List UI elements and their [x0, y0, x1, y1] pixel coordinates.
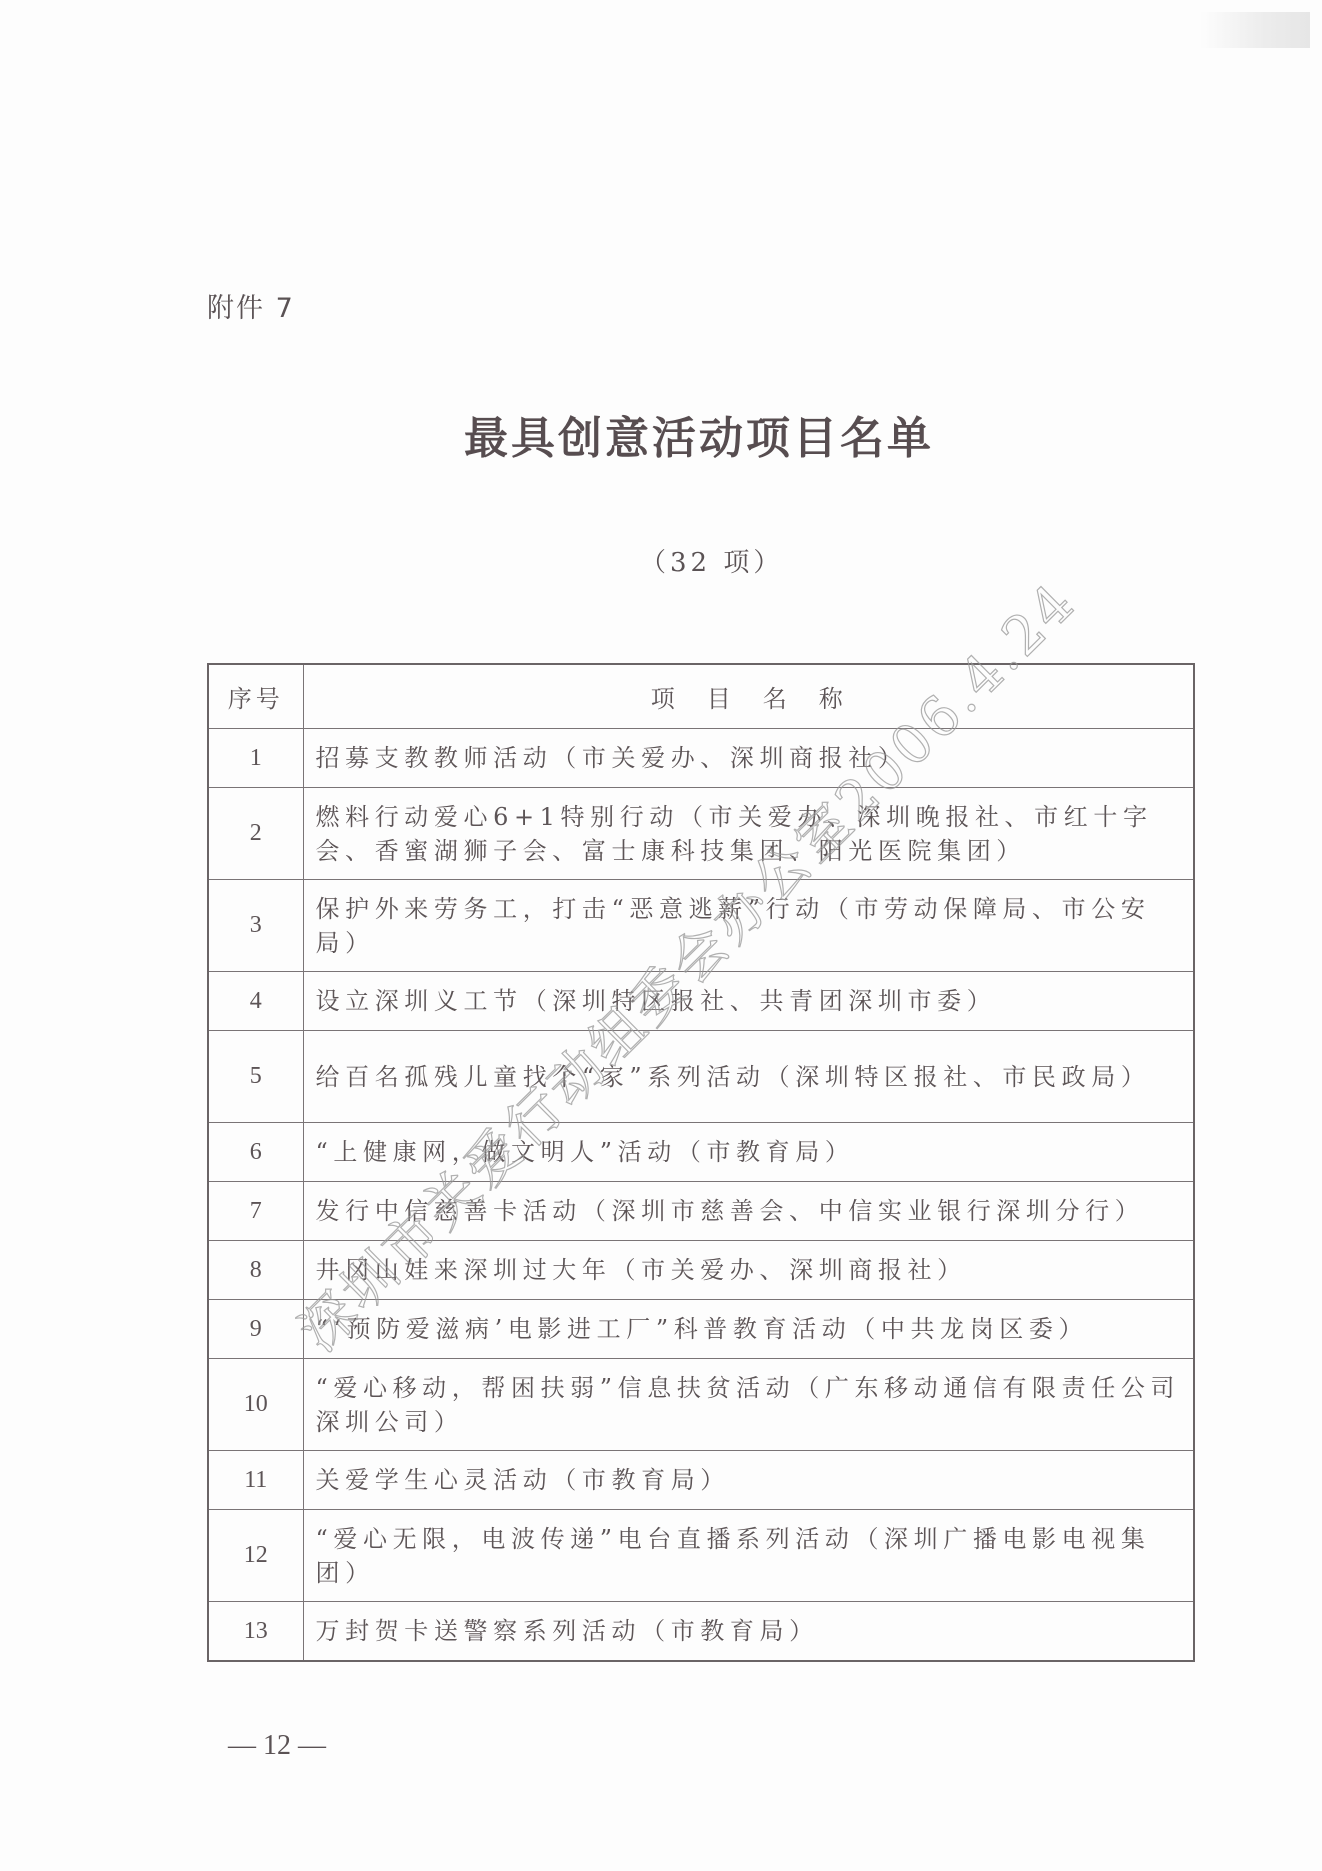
table-row: 7 发行中信慈善卡活动（深圳市慈善会、中信实业银行深圳分行） — [208, 1182, 1194, 1241]
row-number: 7 — [208, 1182, 303, 1241]
row-number: 1 — [208, 729, 303, 788]
project-table: 序号 项目名称 1 招募支教教师活动（市关爱办、深圳商报社） 2 燃料行动爱心6… — [207, 663, 1195, 1662]
row-number: 3 — [208, 880, 303, 972]
page-number: — 12 — — [228, 1730, 326, 1762]
project-name: “爱心移动，帮困扶弱”信息扶贫活动（广东移动通信有限责任公司深圳公司） — [303, 1359, 1194, 1451]
row-number: 10 — [208, 1359, 303, 1451]
page-title: 最具创意活动项目名单 — [464, 402, 944, 466]
header-name: 项目名称 — [303, 664, 1194, 729]
project-name: 井冈山娃来深圳过大年（市关爱办、深圳商报社） — [303, 1241, 1194, 1300]
project-name: 保护外来劳务工，打击“恶意逃薪”行动（市劳动保障局、市公安局） — [303, 880, 1194, 972]
table-header-row: 序号 项目名称 — [208, 664, 1194, 729]
row-number: 12 — [208, 1510, 303, 1602]
row-number: 5 — [208, 1031, 303, 1123]
table-row: 11 关爱学生心灵活动（市教育局） — [208, 1451, 1194, 1510]
row-number: 6 — [208, 1123, 303, 1182]
table-row: 10 “爱心移动，帮困扶弱”信息扶贫活动（广东移动通信有限责任公司深圳公司） — [208, 1359, 1194, 1451]
project-name: 燃料行动爱心6+1特别行动（市关爱办、深圳晚报社、市红十字会、香蜜湖狮子会、富士… — [303, 788, 1194, 880]
scan-artifact — [1200, 12, 1310, 48]
attachment-label: 附件 7 — [207, 286, 295, 325]
row-number: 11 — [208, 1451, 303, 1510]
project-name: 设立深圳义工节（深圳特区报社、共青团深圳市委） — [303, 972, 1194, 1031]
row-number: 9 — [208, 1300, 303, 1359]
row-number: 2 — [208, 788, 303, 880]
table-row: 2 燃料行动爱心6+1特别行动（市关爱办、深圳晚报社、市红十字会、香蜜湖狮子会、… — [208, 788, 1194, 880]
project-name: 给百名孤残儿童找个“家”系列活动（深圳特区报社、市民政局） — [303, 1031, 1194, 1123]
project-name: 关爱学生心灵活动（市教育局） — [303, 1451, 1194, 1510]
project-name: “上健康网，做文明人”活动（市教育局） — [303, 1123, 1194, 1182]
table-row: 3 保护外来劳务工，打击“恶意逃薪”行动（市劳动保障局、市公安局） — [208, 880, 1194, 972]
table-row: 12 “爱心无限，电波传递”电台直播系列活动（深圳广播电影电视集团） — [208, 1510, 1194, 1602]
row-number: 8 — [208, 1241, 303, 1300]
project-name: “‘预防爱滋病’电影进工厂”科普教育活动（中共龙岗区委） — [303, 1300, 1194, 1359]
project-name: 招募支教教师活动（市关爱办、深圳商报社） — [303, 729, 1194, 788]
project-name: 发行中信慈善卡活动（深圳市慈善会、中信实业银行深圳分行） — [303, 1182, 1194, 1241]
table-row: 6 “上健康网，做文明人”活动（市教育局） — [208, 1123, 1194, 1182]
table-row: 13 万封贺卡送警察系列活动（市教育局） — [208, 1602, 1194, 1662]
table-row: 1 招募支教教师活动（市关爱办、深圳商报社） — [208, 729, 1194, 788]
row-number: 13 — [208, 1602, 303, 1662]
row-number: 4 — [208, 972, 303, 1031]
item-count: （32 项） — [640, 542, 783, 579]
table-row: 8 井冈山娃来深圳过大年（市关爱办、深圳商报社） — [208, 1241, 1194, 1300]
table-row: 5 给百名孤残儿童找个“家”系列活动（深圳特区报社、市民政局） — [208, 1031, 1194, 1123]
project-name: 万封贺卡送警察系列活动（市教育局） — [303, 1602, 1194, 1662]
table-row: 4 设立深圳义工节（深圳特区报社、共青团深圳市委） — [208, 972, 1194, 1031]
header-number: 序号 — [208, 664, 303, 729]
table-row: 9 “‘预防爱滋病’电影进工厂”科普教育活动（中共龙岗区委） — [208, 1300, 1194, 1359]
project-name: “爱心无限，电波传递”电台直播系列活动（深圳广播电影电视集团） — [303, 1510, 1194, 1602]
